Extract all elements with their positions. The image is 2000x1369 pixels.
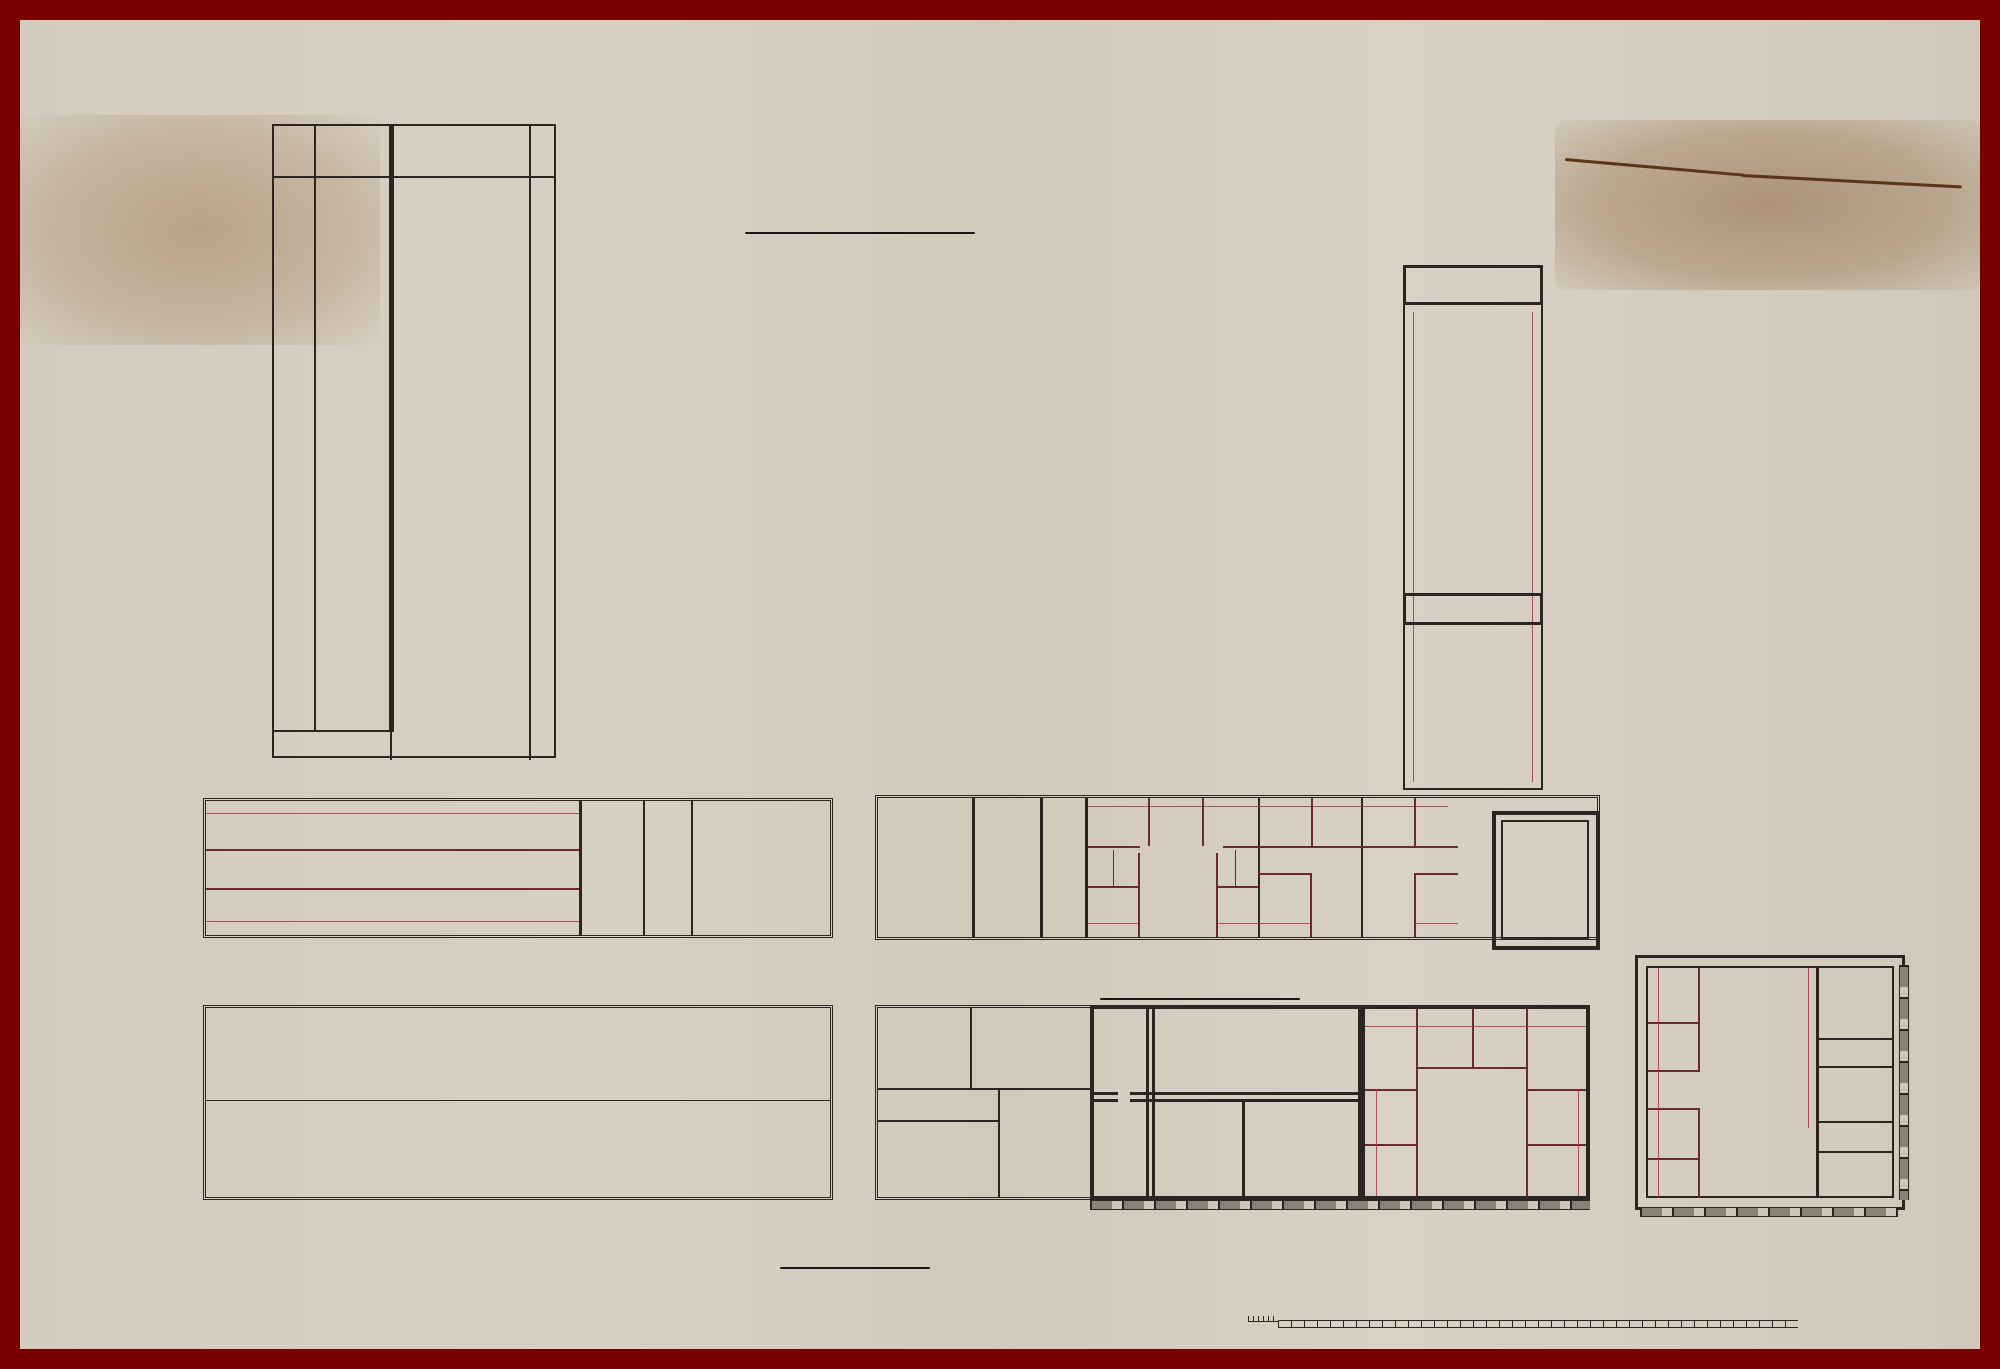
wall-hatching — [1090, 1200, 1590, 1210]
water-cistern-room — [1492, 811, 1600, 950]
table-header-rule — [274, 176, 554, 178]
north-wing — [1403, 265, 1543, 790]
scale-bar — [1278, 1320, 1798, 1328]
document-frame — [20, 20, 1980, 1349]
middle-left-block — [203, 798, 833, 938]
table-column-divider — [314, 126, 316, 730]
north-wing-header-room — [1403, 265, 1543, 305]
title-underline — [745, 232, 975, 234]
water-stain-right — [1555, 120, 1980, 290]
legend-table — [272, 124, 556, 758]
table-column-divider — [529, 126, 531, 760]
table-column-divider — [390, 126, 392, 730]
north-wing-mid-room — [1403, 593, 1543, 625]
corridor-rule — [1100, 998, 1300, 1000]
scale-bar-subdivision — [1248, 1316, 1278, 1322]
wall-hatching — [1640, 1207, 1898, 1217]
bottom-right-block — [1635, 955, 1905, 1210]
wall-hatching — [1899, 965, 1909, 1200]
table-total-rule — [274, 730, 394, 732]
bottom-left-block — [203, 1005, 833, 1200]
footer-caption-rule — [780, 1267, 930, 1269]
kitchen-wing — [1090, 1005, 1590, 1200]
